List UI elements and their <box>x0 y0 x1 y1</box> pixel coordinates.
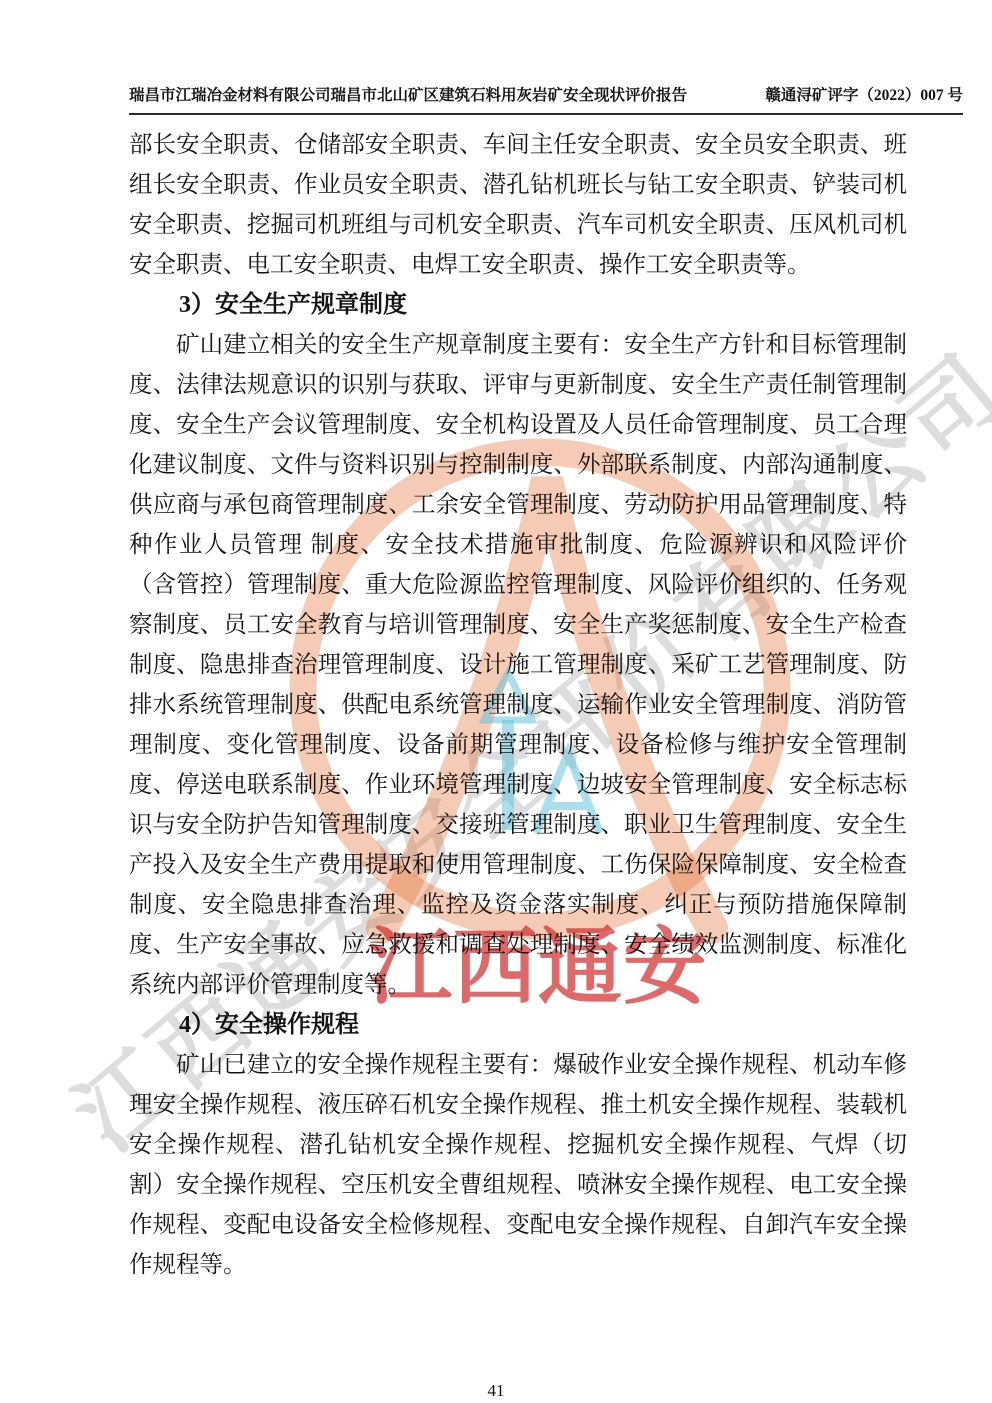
paragraph-safety-duties: 部长安全职责、仓储部安全职责、车间主任安全职责、安全员安全职责、班组长安全职责、… <box>129 125 907 285</box>
page-number: 41 <box>0 1381 992 1401</box>
report-title: 瑞昌市江瑞冶金材料有限公司瑞昌市北山矿区建筑石料用灰岩矿安全现状评价报告 <box>129 86 687 105</box>
heading-operating-procedures: 4）安全操作规程 <box>179 1005 907 1045</box>
paragraph-safety-rules: 矿山建立相关的安全生产规章制度主要有：安全生产方针和目标管理制度、法律法规意识的… <box>129 325 907 1005</box>
body-text: 部长安全职责、仓储部安全职责、车间主任安全职责、安全员安全职责、班组长安全职责、… <box>129 125 907 1285</box>
document-content: 瑞昌市江瑞冶金材料有限公司瑞昌市北山矿区建筑石料用灰岩矿安全现状评价报告 赣通浔… <box>0 86 992 1285</box>
doc-number: 赣通浔矿评字（2022）007 号 <box>765 86 963 105</box>
page-header: 瑞昌市江瑞冶金材料有限公司瑞昌市北山矿区建筑石料用灰岩矿安全现状评价报告 赣通浔… <box>129 86 963 115</box>
paragraph-operating-procedures: 矿山已建立的安全操作规程主要有：爆破作业安全操作规程、机动车修理安全操作规程、液… <box>129 1045 907 1285</box>
heading-safety-rules: 3）安全生产规章制度 <box>179 285 907 325</box>
document-page: 江西通安安全评价有限公司 江西通安 瑞昌市江瑞冶金材料有限公司瑞昌市北山矿区建筑… <box>0 0 992 1403</box>
